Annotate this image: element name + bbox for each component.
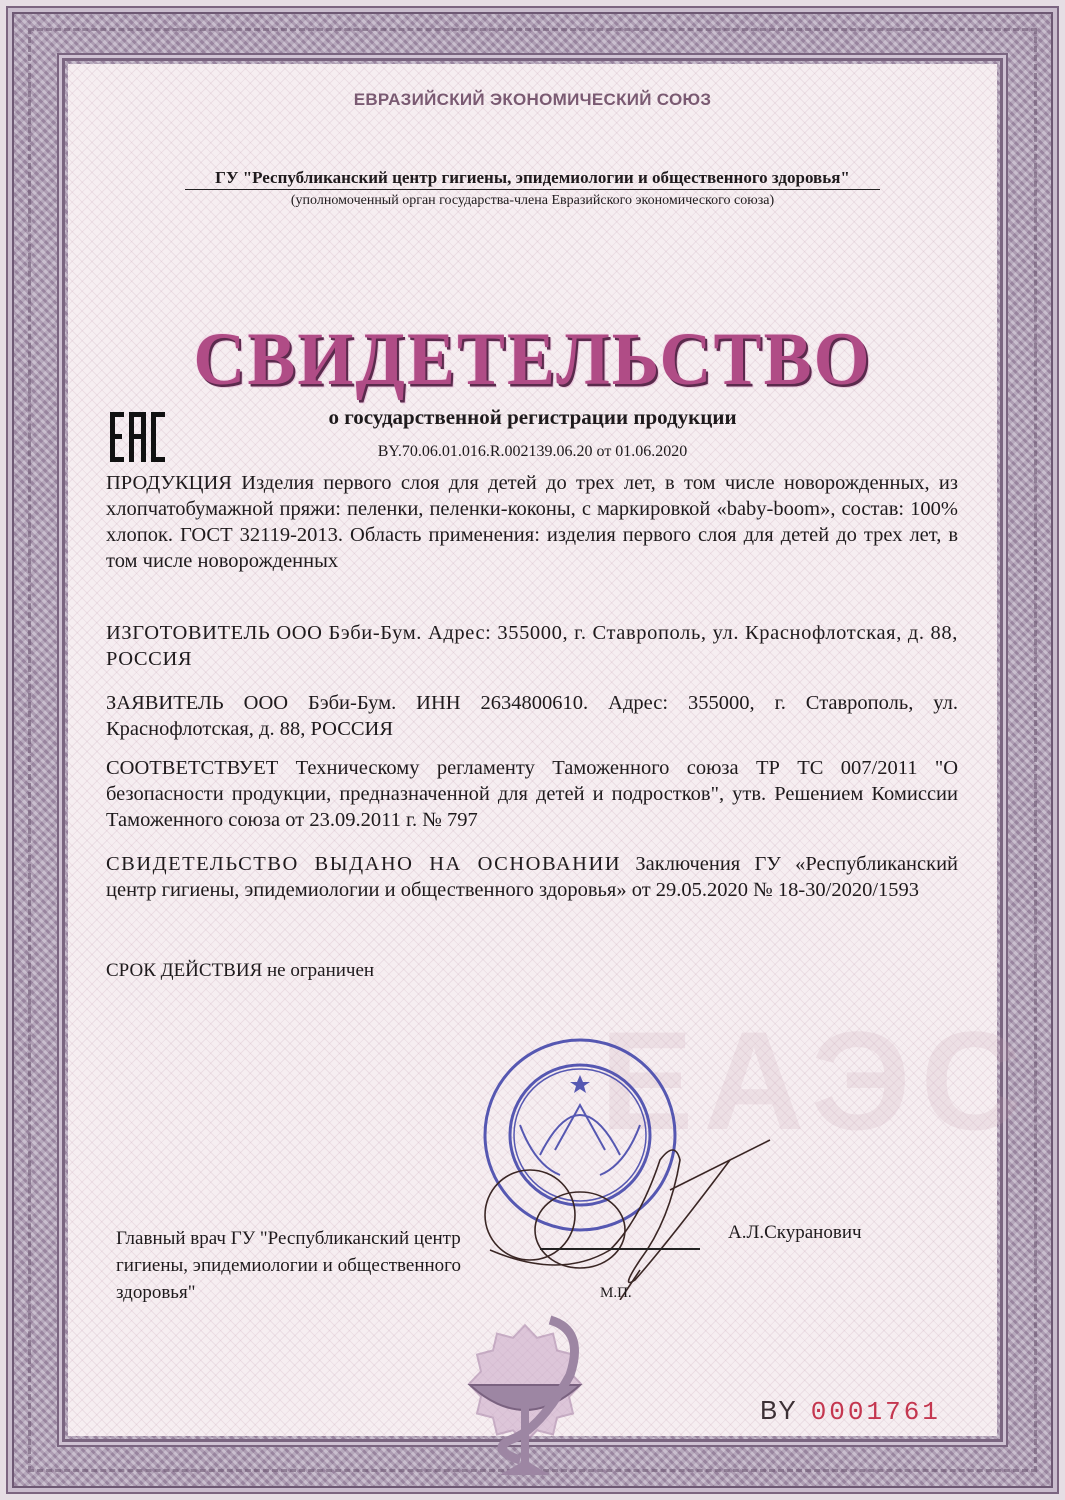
certificate-page: ЕАЭС ЕВРАЗИЙСКИЙ ЭКОНОМИЧЕСКИЙ СОЮЗ ГУ "…	[0, 0, 1065, 1500]
signature-line	[540, 1248, 700, 1250]
document-subtitle: о государственной регистрации продукции	[0, 405, 1065, 430]
section-basis: СВИДЕТЕЛЬСТВО ВЫДАНО НА ОСНОВАНИИ Заключ…	[106, 851, 958, 903]
seal-place-label: М.П.	[600, 1285, 632, 1302]
serial-digits: 0001761	[811, 1397, 941, 1427]
signatory-name: А.Л.Скуранович	[728, 1222, 862, 1244]
section-product: ПРОДУКЦИЯ Изделия первого слоя для детей…	[106, 470, 958, 574]
section-text: ООО Бэби-Бум. ИНН 2634800610. Адрес: 355…	[106, 692, 958, 740]
section-label: СВИДЕТЕЛЬСТВО ВЫДАНО НА ОСНОВАНИИ	[106, 853, 621, 875]
section-label: ИЗГОТОВИТЕЛЬ	[106, 622, 270, 644]
section-validity: СРОК ДЕЙСТВИЯ не ограничен	[106, 958, 958, 984]
serial-prefix: BY	[760, 1395, 797, 1425]
section-text: не ограничен	[267, 960, 374, 981]
signature-icon	[470, 1100, 790, 1300]
section-label: СРОК ДЕЙСТВИЯ	[106, 960, 262, 981]
union-title: ЕВРАЗИЙСКИЙ ЭКОНОМИЧЕСКИЙ СОЮЗ	[0, 90, 1065, 110]
section-label: ЗАЯВИТЕЛЬ	[106, 692, 224, 714]
registration-number: BY.70.06.01.016.R.002139.06.20 от 01.06.…	[0, 443, 1065, 461]
hygieia-emblem-icon	[410, 1290, 640, 1500]
signatory-position: Главный врач ГУ "Республиканский центр г…	[116, 1225, 486, 1306]
section-label: ПРОДУКЦИЯ	[106, 472, 232, 494]
section-manufacturer: ИЗГОТОВИТЕЛЬ ООО Бэби-Бум. Адрес: 355000…	[106, 620, 958, 672]
section-label: СООТВЕТСТВУЕТ	[106, 757, 278, 779]
issuing-authority: ГУ "Республиканский центр гигиены, эпиде…	[185, 168, 880, 190]
section-text: Изделия первого слоя для детей до трех л…	[106, 472, 958, 572]
authority-note: (уполномоченный орган государства-члена …	[0, 193, 1065, 209]
document-title: СВИДЕТЕЛЬСТВО	[0, 316, 1065, 403]
section-conforms: СООТВЕТСТВУЕТ Техническому регламенту Та…	[106, 755, 958, 833]
serial-number: BY0001761	[760, 1395, 941, 1427]
section-applicant: ЗАЯВИТЕЛЬ ООО Бэби-Бум. ИНН 2634800610. …	[106, 690, 958, 742]
